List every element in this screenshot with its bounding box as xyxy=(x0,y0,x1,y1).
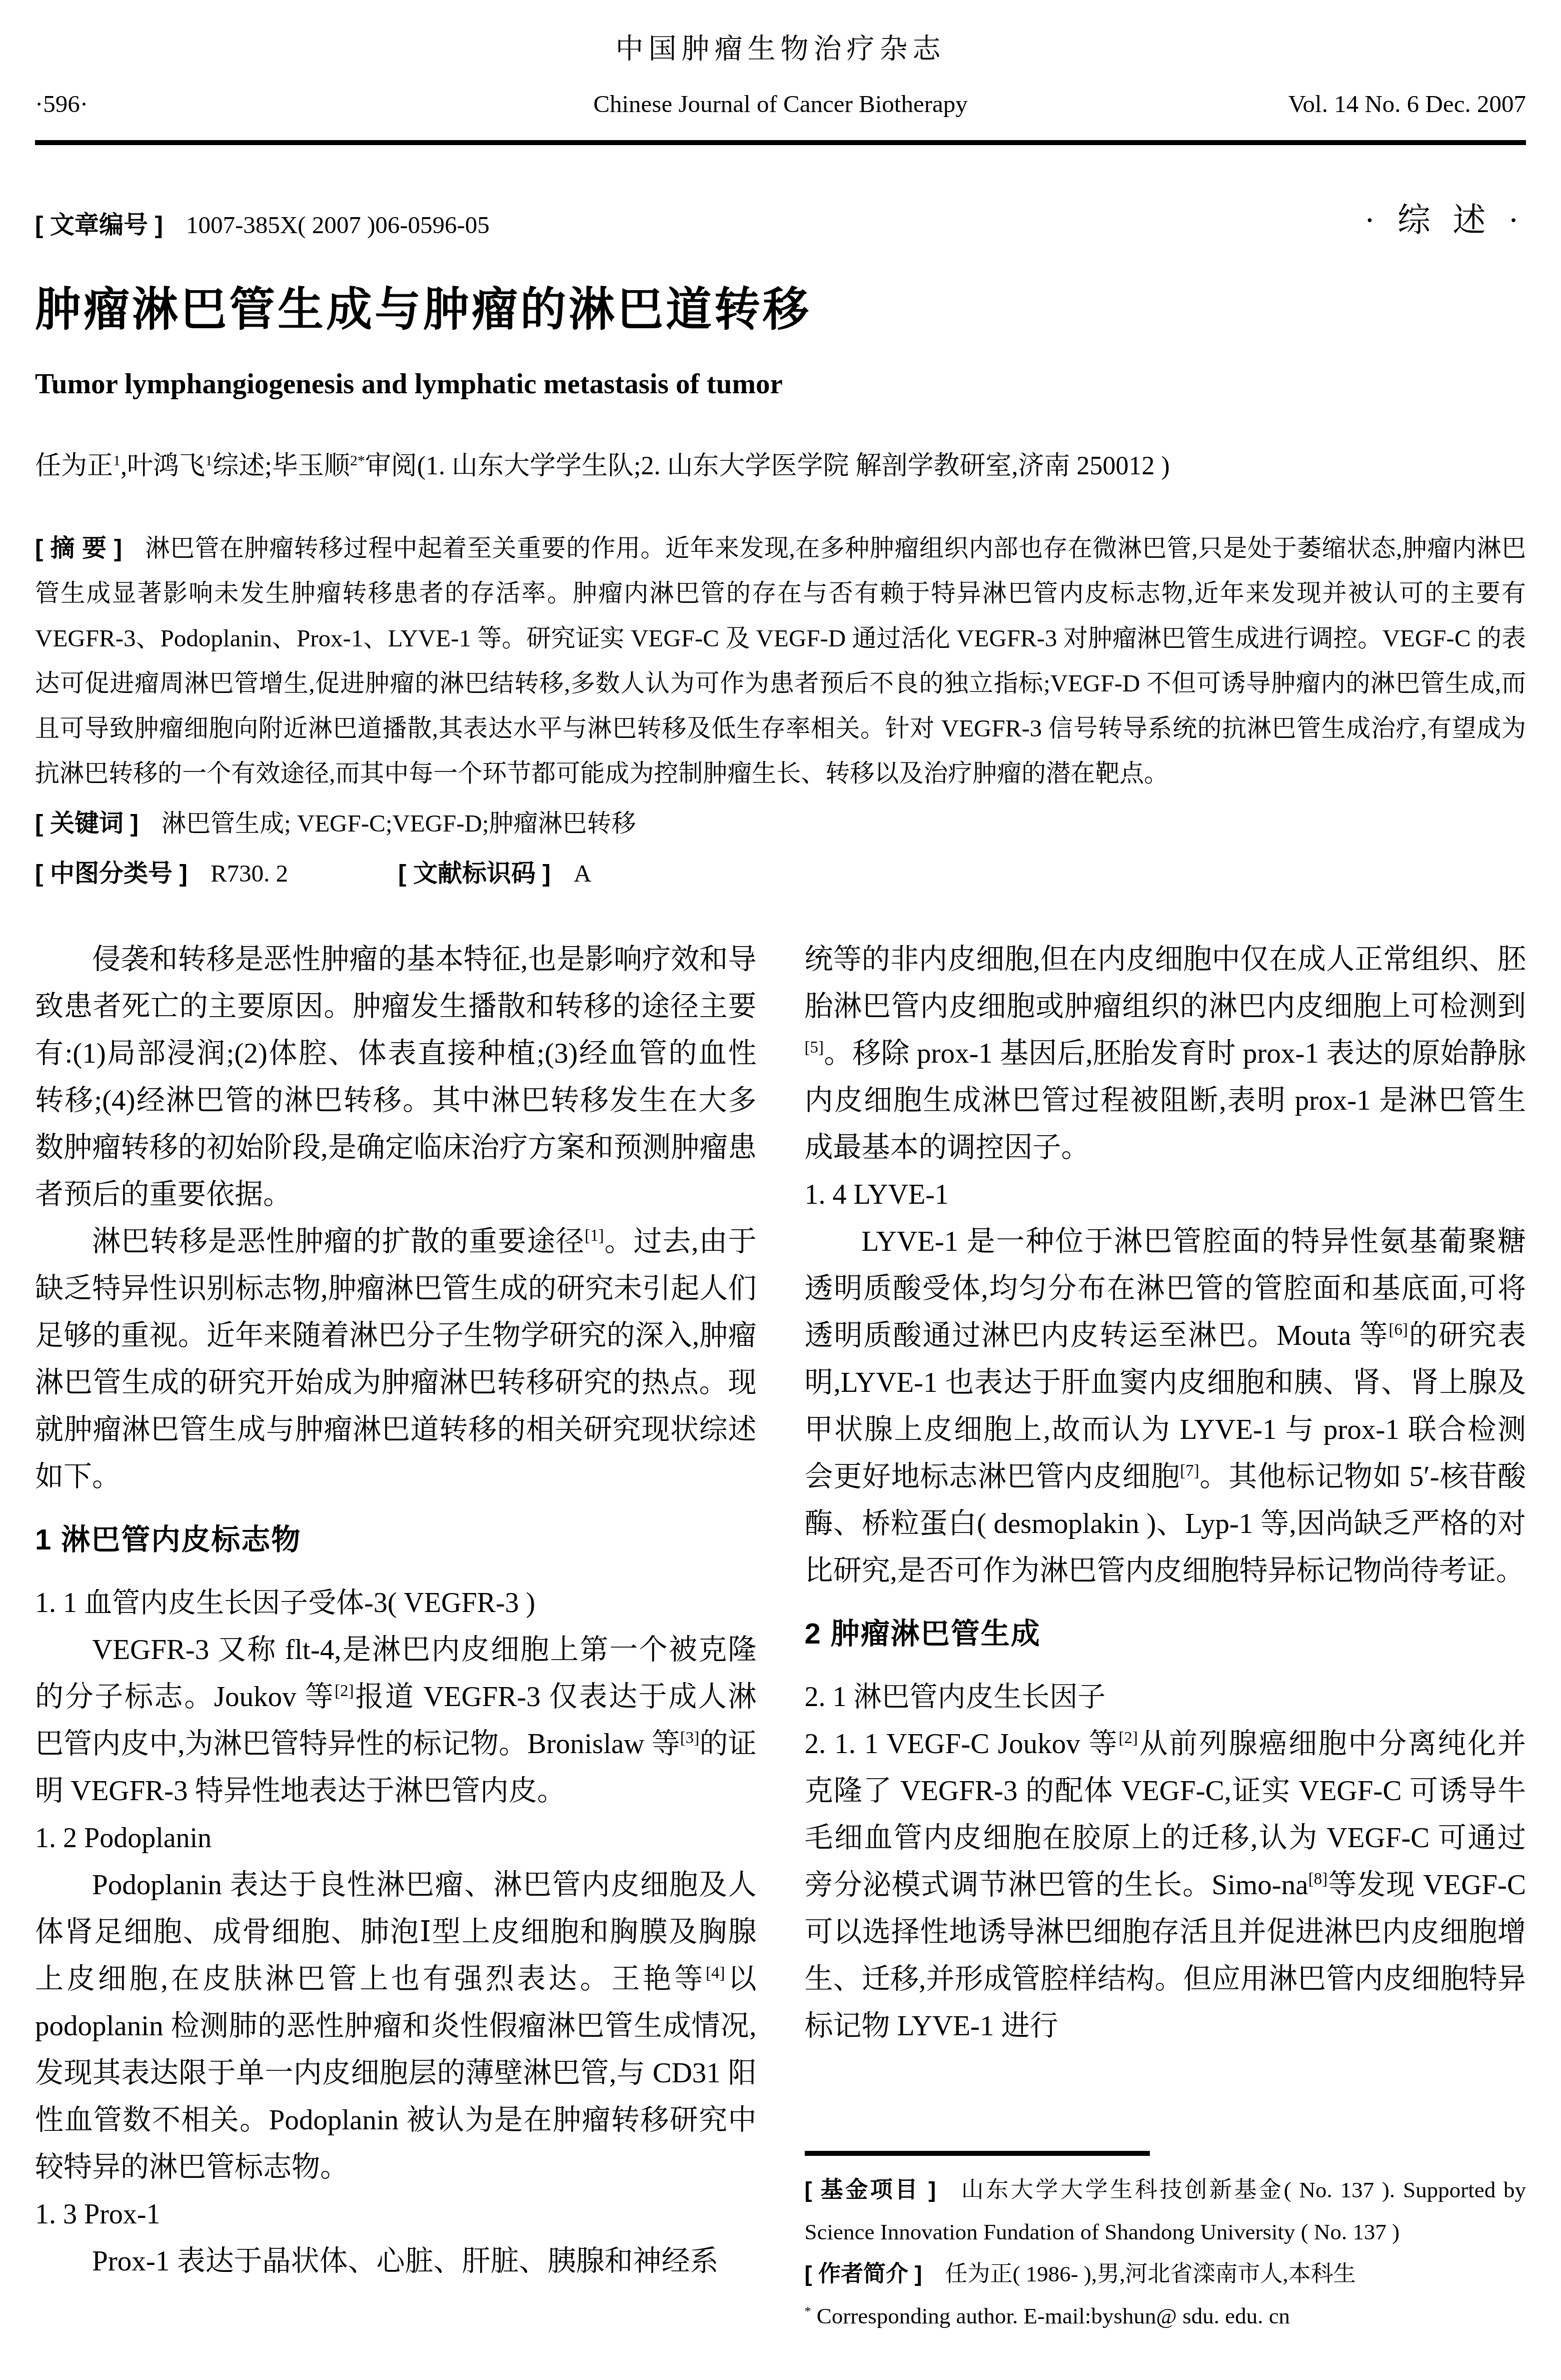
article-title-cn: 肿瘤淋巴管生成与肿瘤的淋巴道转移 xyxy=(35,273,1526,339)
corresponding-author-note: * Corresponding author. E-mail:byshun@ s… xyxy=(805,2295,1526,2337)
section-1-heading: 1 淋巴管内皮标志物 xyxy=(35,1516,757,1563)
section-1-3-continued-paragraph: 统等的非内皮细胞,但在内皮细胞中仅在成人正常组织、胚胎淋巴管内皮细胞或肿瘤组织的… xyxy=(805,936,1526,1171)
doc-type-value: A xyxy=(574,860,591,887)
section-2-1-1-paragraph: 2. 1. 1 VEGF-C Joukov 等[2]从前列腺癌细胞中分离纯化并克… xyxy=(805,1721,1526,2050)
authors-line: 任为正1,叶鸿飞1综述;毕玉顺2*审阅(1. 山东大学学生队;2. 山东大学医学… xyxy=(35,444,1526,482)
section-1-2-heading: 1. 2 Podoplanin xyxy=(35,1815,757,1862)
article-number-line: [ 文章编号 ]1007-385X( 2007 )06-0596-05 xyxy=(35,206,490,241)
intro-paragraph-1: 侵袭和转移是恶性肿瘤的基本特征,也是影响疗效和导致患者死亡的主要原因。肿瘤发生播… xyxy=(35,936,757,1218)
section-2-1-heading: 2. 1 淋巴管内皮生长因子 xyxy=(805,1674,1526,1721)
bio-label: [ 作者简介 ] xyxy=(805,2261,922,2286)
classification-section: [ 中图分类号 ]R730. 2[ 文献标识码 ]A xyxy=(35,851,1526,896)
footnote-section: [ 基金项目 ]山东大学大学生科技创新基金( No. 137 ). Suppor… xyxy=(805,2151,1526,2337)
abstract-label: [ 摘 要 ] xyxy=(35,535,122,562)
keywords-text: 淋巴管生成; VEGF-C;VEGF-D;肿瘤淋巴转移 xyxy=(162,810,636,837)
intro-paragraph-2: 淋巴转移是恶性肿瘤的扩散的重要途径[1]。过去,由于缺乏特异性识别标志物,肿瘤淋… xyxy=(35,1218,757,1500)
abstract-section: [ 摘 要 ]淋巴管在肿瘤转移过程中起着至关重要的作用。近年来发现,在多种肿瘤组… xyxy=(35,526,1526,796)
author-bio-note: [ 作者简介 ]任为正( 1986- ),男,河北省滦南市人,本科生 xyxy=(805,2253,1526,2295)
left-column: 侵袭和转移是恶性肿瘤的基本特征,也是影响疗效和导致患者死亡的主要原因。肿瘤发生播… xyxy=(35,936,757,2337)
header-rule xyxy=(35,140,1526,145)
volume-info: Vol. 14 No. 6 Dec. 2007 xyxy=(968,90,1526,118)
keywords-section: [ 关键词 ]淋巴管生成; VEGF-C;VEGF-D;肿瘤淋巴转移 xyxy=(35,801,1526,846)
section-1-4-paragraph: LYVE-1 是一种位于淋巴管腔面的特异性氨基葡聚糖透明质酸受体,均匀分布在淋巴… xyxy=(805,1218,1526,1595)
column-type-badge: · 综 述 · xyxy=(1364,193,1526,241)
section-1-1-heading: 1. 1 血管内皮生长因子受体-3( VEGFR-3 ) xyxy=(35,1579,757,1627)
clc-label: [ 中图分类号 ] xyxy=(35,860,188,887)
right-column: 统等的非内皮细胞,但在内皮细胞中仅在成人正常组织、胚胎淋巴管内皮细胞或肿瘤组织的… xyxy=(805,936,1526,2337)
section-1-2-paragraph: Podoplanin 表达于良性淋巴瘤、淋巴管内皮细胞及人体肾足细胞、成骨细胞、… xyxy=(35,1862,757,2191)
section-2-heading: 2 肿瘤淋巴管生成 xyxy=(805,1611,1526,1658)
article-number: 1007-385X( 2007 )06-0596-05 xyxy=(186,211,490,239)
article-number-label: [ 文章编号 ] xyxy=(35,212,163,239)
section-1-3-heading: 1. 3 Prox-1 xyxy=(35,2191,757,2238)
journal-title-cn: 中国肿瘤生物治疗杂志 xyxy=(35,27,1526,67)
page-number: ·596· xyxy=(35,90,593,118)
bio-text: 任为正( 1986- ),男,河北省滦南市人,本科生 xyxy=(945,2261,1355,2286)
abstract-text: 淋巴管在肿瘤转移过程中起着至关重要的作用。近年来发现,在多种肿瘤组织内部也存在微… xyxy=(35,534,1526,787)
keywords-label: [ 关键词 ] xyxy=(35,810,139,837)
journal-page: 中国肿瘤生物治疗杂志 ·596· Chinese Journal of Canc… xyxy=(0,0,1561,2380)
journal-title-en: Chinese Journal of Cancer Biotherapy xyxy=(593,90,967,118)
section-1-4-heading: 1. 4 LYVE-1 xyxy=(805,1171,1526,1218)
page-header: 中国肿瘤生物治疗杂志 ·596· Chinese Journal of Canc… xyxy=(35,27,1526,145)
section-1-3-paragraph: Prox-1 表达于晶状体、心脏、肝脏、胰腺和神经系 xyxy=(35,2238,757,2285)
fund-note: [ 基金项目 ]山东大学大学生科技创新基金( No. 137 ). Suppor… xyxy=(805,2169,1526,2253)
clc-value: R730. 2 xyxy=(211,860,288,887)
fund-label: [ 基金项目 ] xyxy=(805,2177,936,2202)
meta-row: [ 文章编号 ]1007-385X( 2007 )06-0596-05 · 综 … xyxy=(35,193,1526,241)
header-row: ·596· Chinese Journal of Cancer Biothera… xyxy=(35,90,1526,118)
body-columns: 侵袭和转移是恶性肿瘤的基本特征,也是影响疗效和导致患者死亡的主要原因。肿瘤发生播… xyxy=(35,936,1526,2337)
footnote-divider xyxy=(805,2151,1150,2156)
doc-type-label: [ 文献标识码 ] xyxy=(398,860,551,887)
article-title-en: Tumor lymphangiogenesis and lymphatic me… xyxy=(35,368,1526,400)
section-1-1-paragraph: VEGFR-3 又称 flt-4,是淋巴内皮细胞上第一个被克隆的分子标志。Jou… xyxy=(35,1627,757,1815)
